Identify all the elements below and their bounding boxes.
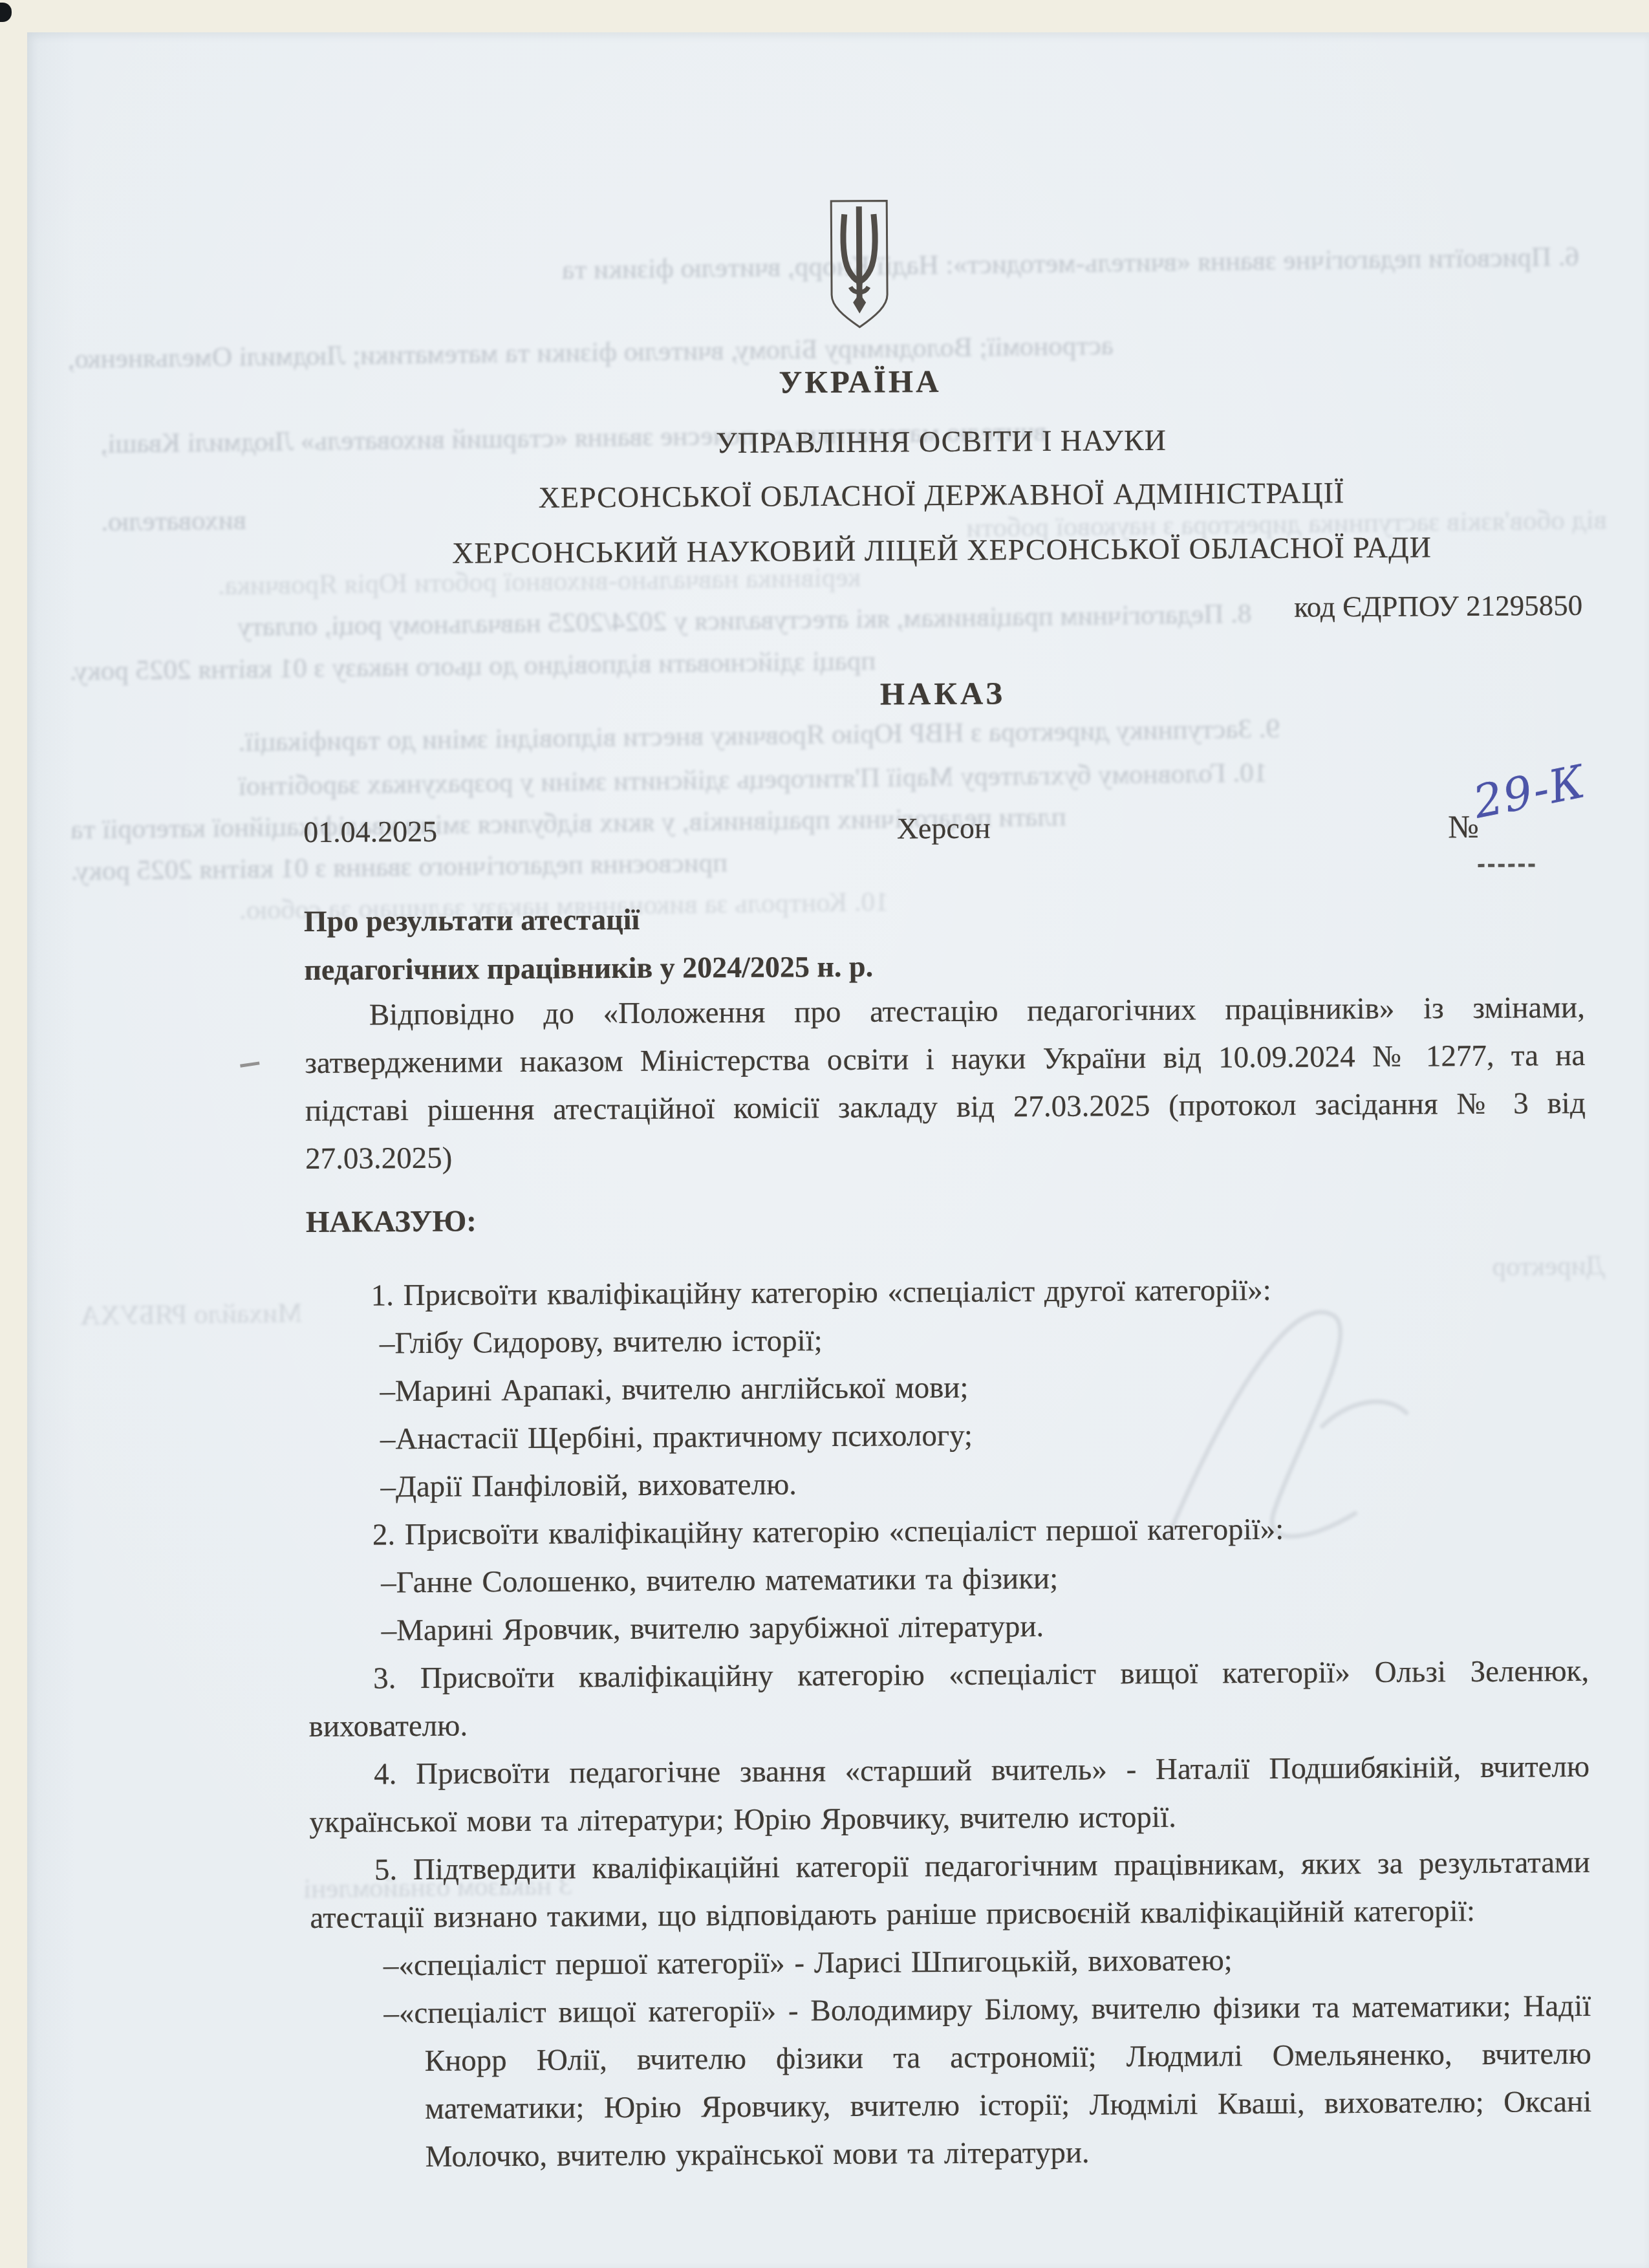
intro-paragraph: Відповідно до «Положення про атестацію п… bbox=[305, 984, 1586, 1183]
scanner-edge-mark bbox=[0, 3, 12, 22]
resolution-word: НАКАЗУЮ: bbox=[306, 1197, 477, 1246]
order-item: –Марині Арапакі, вчителю англійської мов… bbox=[307, 1360, 1587, 1416]
order-item: –Марині Яровчик, вчителю зарубіжної літе… bbox=[308, 1599, 1588, 1655]
country-name: УКРАЇНА bbox=[698, 362, 1022, 401]
document-type-title: НАКАЗ bbox=[303, 671, 1583, 716]
order-items: 1. Присвоїти кваліфікаційну категорію «с… bbox=[306, 1264, 1592, 2181]
document-content: 6. Присвоїти педагогічне звання «вчитель… bbox=[21, 27, 1649, 2268]
order-item: 2. Присвоїти кваліфікаційну категорію «с… bbox=[308, 1504, 1588, 1559]
order-item: –«спеціаліст вищої категорії» - Володими… bbox=[424, 1982, 1592, 2181]
order-subject-line2: педагогічних працівників у 2024/2025 н. … bbox=[304, 942, 873, 994]
org-name-line3: ХЕРСОНСЬКИЙ НАУКОВИЙ ЛІЦЕЙ ХЕРСОНСЬКОЇ О… bbox=[301, 529, 1582, 571]
order-item: 5. Підтвердити кваліфікаційні категорії … bbox=[310, 1839, 1591, 1942]
edrpou-code: код ЄДРПОУ 21295850 bbox=[302, 589, 1582, 630]
order-subject-line1: Про результати атестації bbox=[304, 894, 873, 945]
order-item: 3. Присвоїти кваліфікаційну категорію «с… bbox=[308, 1647, 1590, 1751]
order-city: Херсон bbox=[303, 807, 1584, 849]
bleedthrough-text: Михайло РЯБУХА bbox=[80, 1297, 302, 1332]
order-item: 4. Присвоїти педагогічне звання «старший… bbox=[309, 1743, 1590, 1846]
org-name-line1: УПРАВЛІННЯ ОСВІТИ І НАУКИ bbox=[301, 420, 1581, 462]
bleedthrough-layer: 6. Присвоїти педагогічне звання «вчитель… bbox=[21, 27, 1643, 37]
order-intro: Відповідно до «Положення про атестацію п… bbox=[305, 984, 1586, 1183]
number-underline bbox=[1478, 863, 1535, 867]
document-page: 6. Присвоїти педагогічне звання «вчитель… bbox=[27, 32, 1649, 2268]
bleedthrough-text: 6. Присвоїти педагогічне звання «вчитель… bbox=[561, 241, 1579, 286]
bleedthrough-text: присвоєння педагогічного звання з 01 кві… bbox=[70, 847, 727, 887]
order-item: 1. Присвоїти кваліфікаційну категорію «с… bbox=[306, 1264, 1586, 1320]
bleedthrough-text: 10. Головному бухгалтеру Марії П'ятигоре… bbox=[238, 757, 1267, 802]
order-item: –«спеціаліст першої категорії» - Ларисі … bbox=[310, 1934, 1591, 1990]
order-item: –Глібу Сидорову, вчителю історії; bbox=[307, 1312, 1587, 1368]
order-number-sign: № bbox=[1448, 808, 1479, 845]
order-item: –Ганне Солошенко, вчителю математики та … bbox=[308, 1551, 1588, 1607]
order-item: –Анастасії Щербіні, практичному психолог… bbox=[307, 1408, 1588, 1463]
ukraine-trident-icon bbox=[826, 199, 892, 330]
pen-artifact-mark bbox=[240, 1061, 259, 1067]
bleedthrough-text: вихователю. bbox=[101, 504, 246, 538]
bleedthrough-text: 9. Заступнику директора з НВР Юрію Яровч… bbox=[238, 713, 1280, 758]
order-item: –Дарії Панфіловій, вихователю. bbox=[307, 1456, 1588, 1511]
scanned-order-document: { "page": { "bg_outer": "#f1eee2", "pape… bbox=[0, 0, 1649, 2268]
order-subject: Про результати атестації педагогічних пр… bbox=[304, 894, 874, 994]
